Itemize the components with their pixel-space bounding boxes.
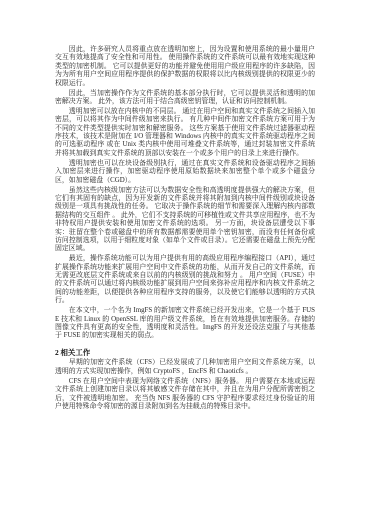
paragraph: 透明加密可以放在内核中的不同层。 通过在用户空间和真实文件系统之间插入加密层，可… [55,108,315,158]
section-heading: 2 相关工作 [55,349,315,358]
paragraph: 因此，当加密操作作为文件系统的基本部分执行时，它可以提供灵活和透明的加密解决方案… [55,90,315,107]
paragraph: 最近，操作系统功能可以为用户提供有用的高级应用程序编程接口（API），通过扩展操… [55,255,315,305]
paragraph: CFS 在用户空间中表现为网络文件系统（NFS）服务器。 用户需要在本地或远程文… [55,378,315,412]
paragraph: 因此，许多研究人员将重点放在透明加密上，因为设置和使用系统的最小量用户交互有效地… [55,46,315,88]
paragraph: 早期的加密文件系统（CFS）已经发展成了几种加密用户空间文件系统方案，以透明的方… [55,359,315,376]
document-page: 因此，许多研究人员将重点放在透明加密上，因为设置和使用系统的最小量用户交互有效地… [0,0,370,523]
paragraph: 在本文中，一个名为 ImgFS 的新加密文件系统已经开发出来，它是一个基于 FU… [55,307,315,341]
paragraph: 虽然这些内核级加密方法可以为数据安全性和高透明度提供强大的解决方案，但它们有其固… [55,187,315,254]
paragraph: 透明加密也可以在块设备级别执行，通过在真实文件系统和设备驱动程序之间插入加密层来… [55,160,315,185]
